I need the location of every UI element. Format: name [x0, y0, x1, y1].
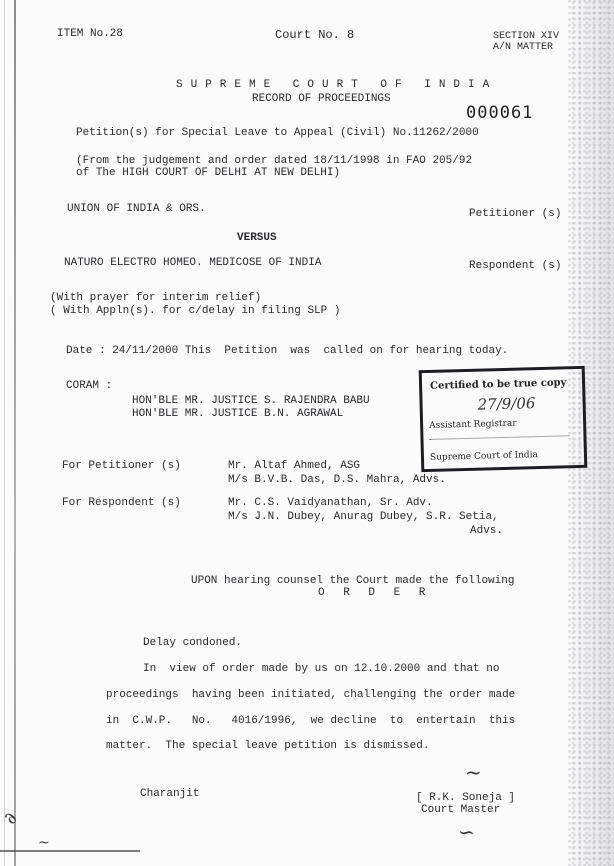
order-para-2-line-2: proceedings having been initiated, chall…: [106, 689, 515, 701]
stamp-supreme-court: Supreme Court of India: [430, 450, 538, 463]
stamp-handwritten-date: 27/9/06: [477, 394, 535, 414]
scan-edge: [4, 0, 5, 866]
judge-1: HON'BLE MR. JUSTICE S. RAJENDRA BABU: [132, 395, 370, 407]
margin-annotation: ~: [38, 835, 50, 851]
order-intro: UPON hearing counsel the Court made the …: [191, 575, 514, 587]
respondent-counsel-3: Advs.: [470, 525, 503, 537]
respondent-counsel-2: M/s J.N. Dubey, Anurag Dubey, S.R. Setia…: [228, 511, 499, 523]
page-stamp-number: 000061: [466, 103, 533, 123]
for-respondent-label: For Respondent (s): [62, 497, 181, 509]
certified-copy-stamp: Certified to be true copy 27/9/06 Assist…: [419, 366, 588, 472]
court-master-name: [ R.K. Soneja ]: [416, 792, 515, 804]
respondent-counsel-1: Mr. C.S. Vaidyanathan, Sr. Adv.: [228, 497, 433, 509]
matter-type: A/N MATTER: [493, 42, 553, 53]
respondent-label: Respondent (s): [469, 260, 561, 272]
hearing-date-line: Date : 24/11/2000 This Petition was call…: [66, 345, 508, 357]
order-para-2-line-1: In view of order made by us on 12.10.200…: [143, 663, 499, 675]
order-para-1: Delay condoned.: [143, 637, 242, 649]
petitioner-counsel-1: Mr. Altaf Ahmed, ASG: [228, 460, 360, 472]
for-petitioner-label: For Petitioner (s): [62, 460, 181, 472]
item-number: ITEM No.28: [57, 28, 123, 40]
record-subtitle: RECORD OF PROCEEDINGS: [252, 93, 391, 105]
petition-number: Petition(s) for Special Leave to Appeal …: [76, 127, 479, 139]
judge-2: HON'BLE MR. JUSTICE B.N. AGRAWAL: [132, 408, 343, 420]
section: SECTION XIV: [493, 31, 559, 42]
coram-label: CORAM :: [66, 380, 112, 392]
petitioner-label: Petitioner (s): [469, 208, 561, 220]
scan-edge-dark: [14, 0, 16, 866]
order-para-2-line-4: matter. The special leave petition is di…: [106, 740, 429, 752]
court-master-signature: ∽: [458, 820, 475, 844]
stamp-certified-text: Certified to be true copy: [430, 377, 567, 392]
order-para-2-line-3: in C.W.P. No. 4016/1996, we decline to e…: [106, 715, 515, 727]
petitioner-counsel-2: M/s B.V.B. Das, D.S. Mahra, Advs.: [228, 474, 446, 486]
court-master-title: Court Master: [421, 804, 500, 816]
application-2: ( With Appln(s). for c/delay in filing S…: [50, 305, 340, 317]
order-heading: O R D E R: [318, 587, 431, 599]
petitioner-name: UNION OF INDIA & ORS.: [67, 203, 206, 215]
judge-signature: ~: [465, 760, 482, 784]
court-name: SUPREME COURT OF INDIA: [176, 79, 497, 91]
stamp-dotted-line: [429, 435, 569, 440]
versus: VERSUS: [237, 232, 277, 244]
application-1: (With prayer for interim relief): [50, 292, 261, 304]
bottom-scan-line: [0, 850, 140, 852]
stamp-assistant-registrar: Assistant Registrar: [429, 419, 517, 431]
from-judgement-line1: (From the judgement and order dated 18/1…: [76, 155, 472, 167]
respondent-name: NATURO ELECTRO HOMEO. MEDICOSE OF INDIA: [64, 257, 321, 269]
court-number: Court No. 8: [275, 28, 354, 42]
from-judgement-line2: of The HIGH COURT OF DELHI AT NEW DELHI): [76, 167, 340, 179]
left-signatory-name: Charanjit: [140, 788, 199, 800]
